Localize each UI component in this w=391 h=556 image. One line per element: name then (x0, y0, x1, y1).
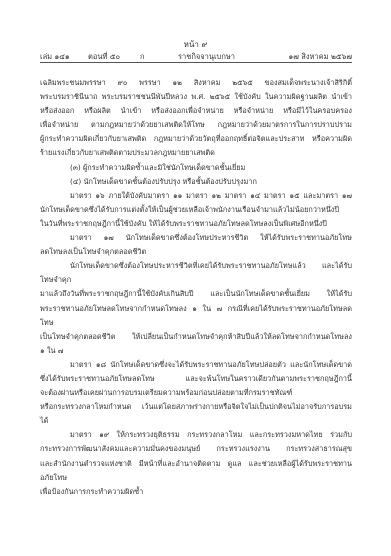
section-19-line: มาตรา ๑๙ ให้กระทรวงยุติธรรม กระทรวงกลาโห… (40, 428, 352, 442)
section-16-line: ในวันที่พระราชกฤษฎีกานี้ใช้บังคับ ให้ได้… (40, 217, 352, 231)
section-17-line: ลดโทษลงเป็นโทษจำคุกตลอดชีวิต (40, 245, 352, 259)
body-line: เฉลิมพระชนมพรรษา ๙๐ พรรษา ๑๒ สิงหาคม ๒๕๖… (40, 76, 352, 90)
section-17-line: มาตรา ๑๗ นักโทษเด็ดขาดซึ่งต้องโทษประหารช… (40, 231, 352, 245)
section-18-line: มาตรา ๑๘ นักโทษเด็ดขาดซึ่งจะได้รับพระราช… (40, 358, 352, 372)
section-16-line: มาตรา ๑๖ ภายใต้บังคับมาตรา ๑๑ มาตรา ๑๒ ม… (40, 189, 352, 203)
section-17b-line: นักโทษเด็ดขาดซึ่งต้องโทษประหารชีวิตที่เค… (40, 259, 352, 287)
body-line: ผู้กระทำความผิดเกี่ยวกับยาเสพติด กฎหมายว… (40, 132, 352, 146)
body-line: ร้ายแรงเกี่ยวกับยาเสพติดตามประมวลกฎหมายย… (40, 146, 352, 160)
section-19-line: กระทรวงการพัฒนาสังคมและความมั่นคงของมนุษ… (40, 442, 352, 456)
section-17b-line: เป็นโทษจำคุกตลอดชีวิต ให้เปลี่ยนเป็นกำหน… (40, 330, 352, 344)
list-item-4: (๔) นักโทษเด็ดขาดชั้นต้องปรับปรุง หรือชั… (40, 175, 352, 189)
body-line: เพื่อจำหน่าย ตามกฎหมายว่าด้วยยาเสพติดให้… (40, 118, 352, 132)
body-line: พระบรมราชินีนาถ พระบรมราชชนนีพันปีหลวง พ… (40, 90, 352, 104)
section-17b-line: ๑ ใน ๗ (40, 344, 352, 358)
section-18-line: ซึ่งได้รับพระราชทานอภัยโทษลดโทษ และจะพ้น… (40, 372, 352, 386)
body-line: หรือส่งออก หรือผลิต นำเข้า หรือส่งออกเพื… (40, 104, 352, 118)
section-19-line: และสำนักงานตำรวจแห่งชาติ มีหน้าที่และอำน… (40, 457, 352, 485)
document-body: เฉลิมพระชนมพรรษา ๙๐ พรรษา ๑๒ สิงหาคม ๒๕๖… (40, 76, 352, 499)
gazette-page: หน้า ๙ เล่ม ๑๔๑ ตอนที่ ๕๐ ก ราชกิจจานุเบ… (0, 0, 391, 556)
page-number: หน้า ๙ (0, 38, 391, 51)
section-18-line: จะต้องผ่านหรือเคยผ่านการอบรมเตรียมความพร… (40, 386, 352, 400)
section-19-line: เพื่อป้องกันการกระทำความผิดซ้ำ (40, 485, 352, 499)
list-item-3: (๓) ผู้กระทำความผิดซ้ำและมิใช่นักโทษเด็ด… (40, 161, 352, 175)
section-17b-line: พระราชทานอภัยโทษลดโทษจากกำหนดโทษลง ๑ ใน … (40, 302, 352, 330)
section-18-line: หรือกระทรวงกลาโหมกำหนด เว้นแต่โดยสภาพร่า… (40, 400, 352, 428)
header-rule (40, 62, 352, 63)
section-17b-line: มาแล้วถึงวันที่พระราชกฤษฎีกานี้ใช้บังคับ… (40, 287, 352, 301)
section-16-line: นักโทษเด็ดขาดซึ่งได้รับการแต่งตั้งให้เป็… (40, 203, 352, 217)
